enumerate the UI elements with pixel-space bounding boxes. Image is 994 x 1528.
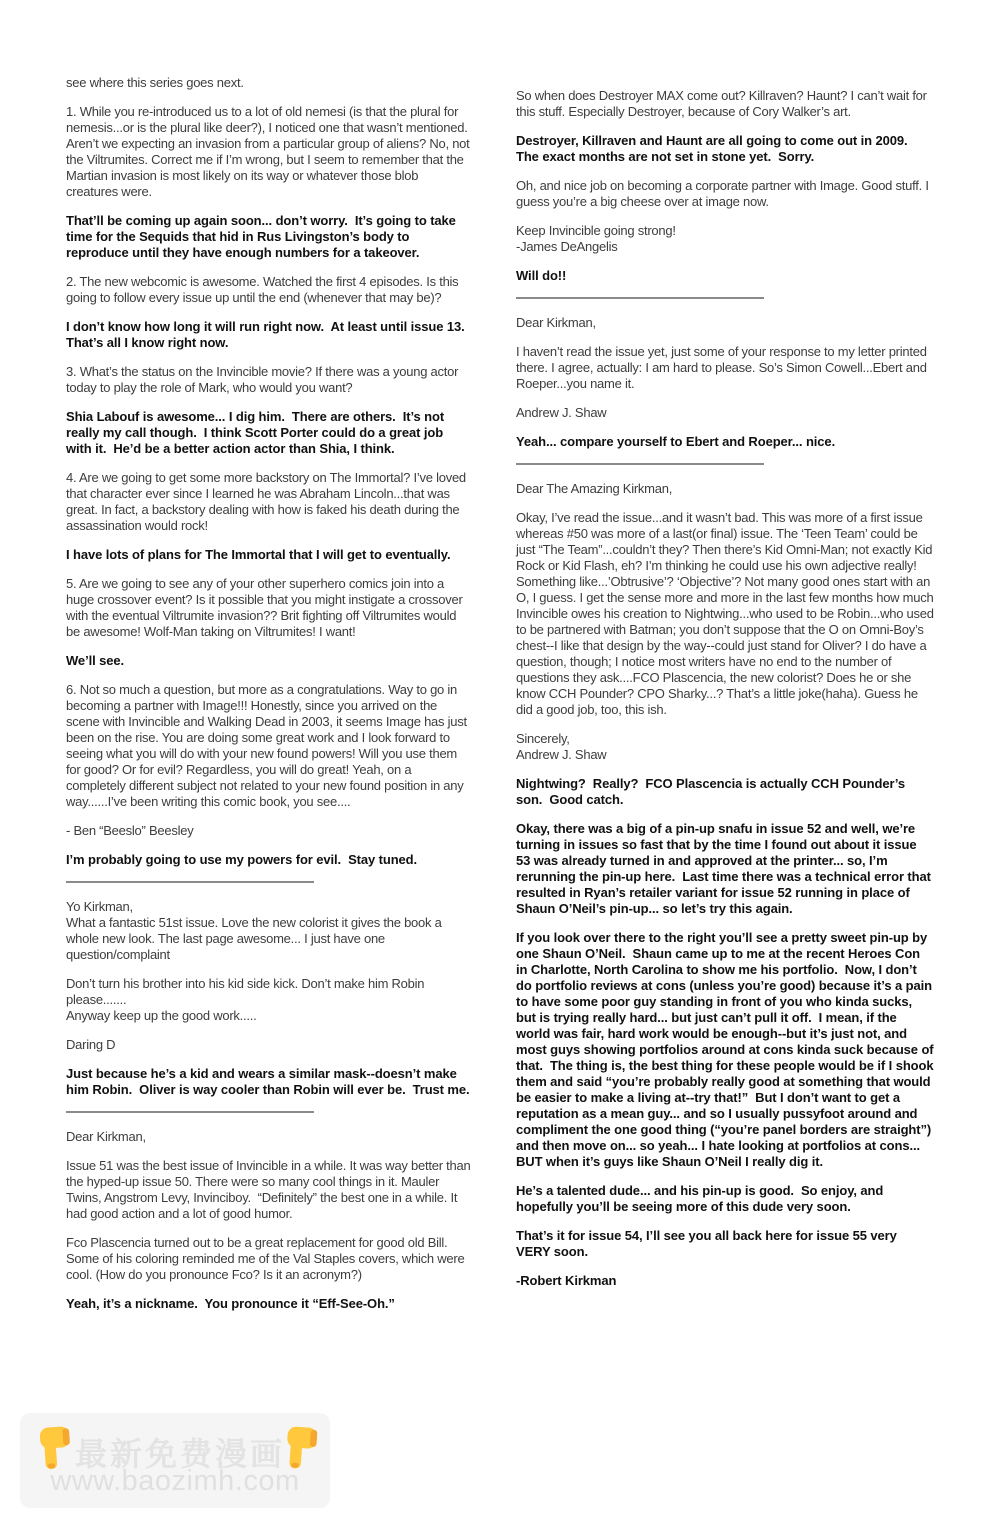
editor-response-paragraph: Will do!! xyxy=(516,268,934,284)
letter-paragraph: Okay, I’ve read the issue...and it wasn’… xyxy=(516,510,934,718)
letter-paragraph: 5. Are we going to see any of your other… xyxy=(66,576,472,640)
editor-response-paragraph: I’m probably going to use my powers for … xyxy=(66,852,472,868)
editor-response-paragraph: Shia Labouf is awesome... I dig him. The… xyxy=(66,409,472,457)
watermark: 最新免费漫画 www.baozimh.com xyxy=(20,1413,330,1508)
letter-paragraph: 3. What’s the status on the Invincible m… xyxy=(66,364,472,396)
letter-paragraph: 6. Not so much a question, but more as a… xyxy=(66,682,472,810)
letter-paragraph: see where this series goes next. xyxy=(66,75,472,91)
letter-paragraph: I haven’t read the issue yet, just some … xyxy=(516,344,934,392)
left-column: see where this series goes next.1. While… xyxy=(66,75,472,1325)
letter-paragraph: Sincerely, Andrew J. Shaw xyxy=(516,731,934,763)
letter-paragraph: 1. While you re-introduced us to a lot o… xyxy=(66,104,472,200)
divider-line xyxy=(66,881,314,883)
divider-line xyxy=(66,1111,314,1113)
editor-response-paragraph: If you look over there to the right you’… xyxy=(516,930,934,1170)
letter-paragraph: Issue 51 was the best issue of Invincibl… xyxy=(66,1158,472,1222)
letter-paragraph: - Ben “Beeslo” Beesley xyxy=(66,823,472,839)
editor-response-paragraph: -Robert Kirkman xyxy=(516,1273,934,1289)
letter-paragraph: Keep Invincible going strong! -James DeA… xyxy=(516,223,934,255)
letter-paragraph: Daring D xyxy=(66,1037,472,1053)
editor-response-paragraph: That’s it for issue 54, I’ll see you all… xyxy=(516,1228,934,1260)
editor-response-paragraph: We’ll see. xyxy=(66,653,472,669)
divider-line xyxy=(516,297,764,299)
letter-paragraph: Yo Kirkman, What a fantastic 51st issue.… xyxy=(66,899,472,963)
editor-response-paragraph: He’s a talented dude... and his pin-up i… xyxy=(516,1183,934,1215)
letter-paragraph: Dear Kirkman, xyxy=(516,315,934,331)
divider-line xyxy=(516,463,764,465)
letter-paragraph: Andrew J. Shaw xyxy=(516,405,934,421)
right-column: So when does Destroyer MAX come out? Kil… xyxy=(516,88,934,1302)
editor-response-paragraph: I have lots of plans for The Immortal th… xyxy=(66,547,472,563)
letters-page: see where this series goes next.1. While… xyxy=(0,0,994,1528)
letter-paragraph: 2. The new webcomic is awesome. Watched … xyxy=(66,274,472,306)
editor-response-paragraph: I don’t know how long it will run right … xyxy=(66,319,472,351)
letter-paragraph: Oh, and nice job on becoming a corporate… xyxy=(516,178,934,210)
editor-response-paragraph: Nightwing? Really? FCO Plascencia is act… xyxy=(516,776,934,808)
editor-response-paragraph: Yeah, it’s a nickname. You pronounce it … xyxy=(66,1296,472,1312)
letter-paragraph: So when does Destroyer MAX come out? Kil… xyxy=(516,88,934,120)
editor-response-paragraph: Just because he’s a kid and wears a simi… xyxy=(66,1066,472,1098)
editor-response-paragraph: That’ll be coming up again soon... don’t… xyxy=(66,213,472,261)
editor-response-paragraph: Yeah... compare yourself to Ebert and Ro… xyxy=(516,434,934,450)
editor-response-paragraph: Destroyer, Killraven and Haunt are all g… xyxy=(516,133,934,165)
letter-paragraph: Dear The Amazing Kirkman, xyxy=(516,481,934,497)
watermark-url: www.baozimh.com xyxy=(20,1465,330,1498)
letter-paragraph: 4. Are we going to get some more backsto… xyxy=(66,470,472,534)
editor-response-paragraph: Okay, there was a big of a pin-up snafu … xyxy=(516,821,934,917)
letter-paragraph: Fco Plascencia turned out to be a great … xyxy=(66,1235,472,1283)
letter-paragraph: Don’t turn his brother into his kid side… xyxy=(66,976,472,1024)
letter-paragraph: Dear Kirkman, xyxy=(66,1129,472,1145)
